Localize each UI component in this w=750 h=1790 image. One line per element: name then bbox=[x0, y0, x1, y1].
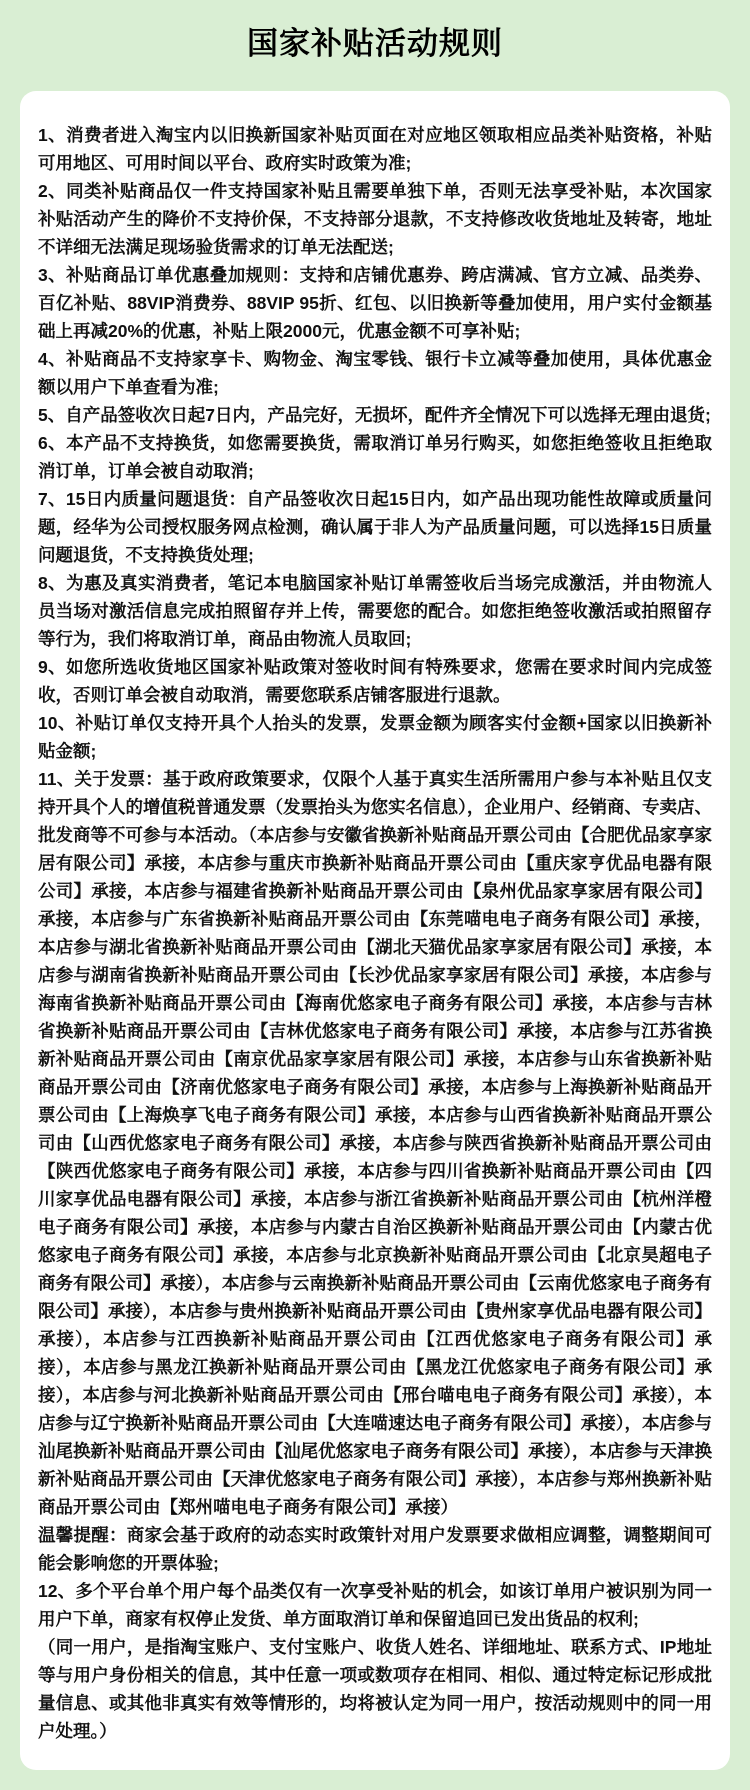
rule-paragraph: 7、15日内质量问题退货：自产品签收次日起15日内，如产品出现功能性故障或质量问… bbox=[38, 485, 712, 569]
rule-paragraph: 8、为惠及真实消费者，笔记本电脑国家补贴订单需签收后当场完成激活，并由物流人员当… bbox=[38, 569, 712, 653]
rule-paragraph: （同一用户，是指淘宝账户、支付宝账户、收货人姓名、详细地址、联系方式、IP地址等… bbox=[38, 1633, 712, 1745]
rule-paragraph: 9、如您所选收货地区国家补贴政策对签收时间有特殊要求，您需在要求时间内完成签收，… bbox=[38, 653, 712, 709]
rule-paragraph: 2、同类补贴商品仅一件支持国家补贴且需要单独下单，否则无法享受补贴，本次国家补贴… bbox=[38, 177, 712, 261]
rule-paragraph: 4、补贴商品不支持家享卡、购物金、淘宝零钱、银行卡立减等叠加使用，具体优惠金额以… bbox=[38, 345, 712, 401]
rules-card: 1、消费者进入淘宝内以旧换新国家补贴页面在对应地区领取相应品类补贴资格，补贴可用… bbox=[20, 91, 730, 1770]
rule-paragraph: 3、补贴商品订单优惠叠加规则：支持和店铺优惠券、跨店满减、官方立减、品类券、百亿… bbox=[38, 261, 712, 345]
rule-paragraph: 6、本产品不支持换货，如您需要换货，需取消订单另行购买，如您拒绝签收且拒绝取消订… bbox=[38, 429, 712, 485]
subsidy-rules-page: 国家补贴活动规则 1、消费者进入淘宝内以旧换新国家补贴页面在对应地区领取相应品类… bbox=[0, 0, 750, 1770]
rule-paragraph: 12、多个平台单个用户每个品类仅有一次享受补贴的机会，如该订单用户被识别为同一用… bbox=[38, 1577, 712, 1633]
rule-paragraph: 5、自产品签收次日起7日内，产品完好，无损坏，配件齐全情况下可以选择无理由退货; bbox=[38, 401, 712, 429]
rule-paragraph: 温馨提醒：商家会基于政府的动态实时政策针对用户发票要求做相应调整，调整期间可能会… bbox=[38, 1521, 712, 1577]
rule-paragraph: 11、关于发票：基于政府政策要求，仅限个人基于真实生活所需用户参与本补贴且仅支持… bbox=[38, 765, 712, 1521]
rule-paragraph: 10、补贴订单仅支持开具个人抬头的发票，发票金额为顾客实付金额+国家以旧换新补贴… bbox=[38, 709, 712, 765]
page-title: 国家补贴活动规则 bbox=[0, 0, 750, 64]
rule-paragraph: 1、消费者进入淘宝内以旧换新国家补贴页面在对应地区领取相应品类补贴资格，补贴可用… bbox=[38, 121, 712, 177]
